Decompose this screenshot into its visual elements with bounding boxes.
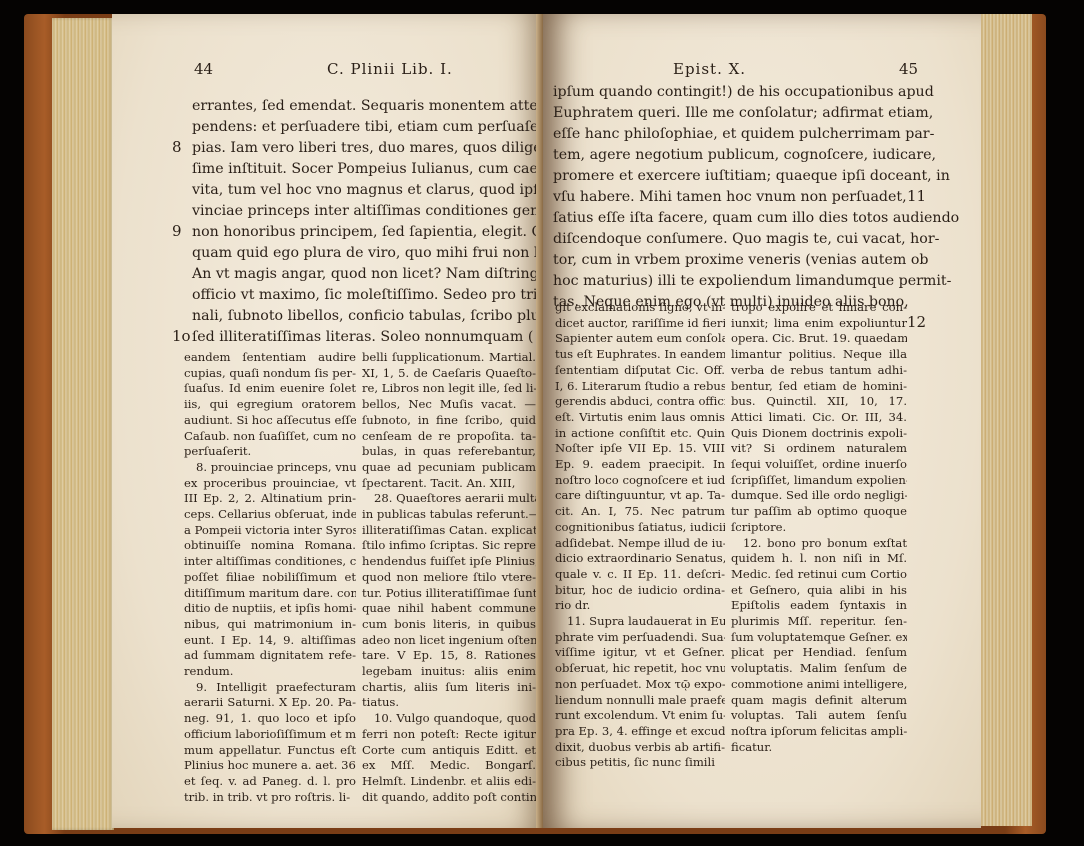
text-line: liendum nonnulli male praefe- xyxy=(555,693,725,709)
text-line: iis, qui egregium oratorem xyxy=(184,397,356,413)
text-line: tur. Potius illiteratiſſimae ſunt, xyxy=(362,586,536,602)
text-line: ex proceribus prouinciae, vt xyxy=(184,476,356,492)
text-line: ad ſummam dignitatem refe- xyxy=(184,648,356,664)
text-line: ficatur. xyxy=(731,740,907,756)
text-line: dixit, duobus verbis ab artifi- xyxy=(555,740,725,756)
text-line: ipſum quando contingit!) de his occupati… xyxy=(553,82,903,103)
text-line: belli ſupplicationum. Martial. xyxy=(362,350,536,366)
text-line: non perſuadet. Mox τῷ expo- xyxy=(555,677,725,693)
text-line: mum appellatur. Functus eſt xyxy=(184,743,356,759)
text-line: commotione animi intelligere, xyxy=(731,677,907,693)
text-line: quod non meliore ſtilo vtere- xyxy=(362,570,536,586)
text-line: cupias, quaſi nondum ſis per- xyxy=(184,366,356,382)
margin-number: 11 xyxy=(907,187,926,205)
text-line: audiunt. Si hoc aſſecutus eſſet xyxy=(184,413,356,429)
text-line: bentur, ſed etiam de homini- xyxy=(731,379,907,395)
text-line: quam magis definit alterum xyxy=(731,693,907,709)
text-line: rio dr. xyxy=(555,598,725,614)
text-line: plicat per Hendiad. ſenſum xyxy=(731,645,907,661)
text-line: chartis, aliis ſum literis ini- xyxy=(362,680,536,696)
text-line: legebam inuitus: aliis enim xyxy=(362,664,536,680)
text-line: Sapienter autem eum conſola- xyxy=(555,331,725,347)
margin-number: 1o xyxy=(172,327,191,345)
text-line: git exclamationis ſigno, vt in- xyxy=(555,300,725,316)
text-line: I, 6. Literarum ſtudio a rebus xyxy=(555,379,725,395)
text-line: perſuaſerit. xyxy=(184,444,356,460)
text-line: ſed illiteratiſſimas literas. Soleo nonn… xyxy=(192,327,542,348)
text-line: runt excolendum. Vt enim ſu- xyxy=(555,708,725,724)
text-line: ſententiam diſputat Cic. Off. xyxy=(555,363,725,379)
text-line: dit quando, addito poſt contin- xyxy=(362,790,536,806)
text-line: eſt. Virtutis enim laus omnis xyxy=(555,410,725,426)
notes-column-2: tropo expolire et limare con-iunxit; lim… xyxy=(731,300,907,755)
text-line: re, Libros non legit ille, ſed li- xyxy=(362,381,536,397)
text-line: ſatius eſſe iſta facere, quam cum illo d… xyxy=(553,208,903,229)
text-line: noſtra ipſorum felicitas ampli- xyxy=(731,724,907,740)
text-line: ditio de nuptiis, et ipſis homi- xyxy=(184,601,356,617)
text-line: vit? Si ordinem naturalem xyxy=(731,441,907,457)
text-line: voluptas. Tali autem ſenſu xyxy=(731,708,907,724)
text-line: non honoribus principem, ſed ſapientia, … xyxy=(192,222,542,243)
text-line: obſeruat, hic repetit, hoc vnum xyxy=(555,661,725,677)
text-line: ſubnoto, in fine ſcribo, quid xyxy=(362,413,536,429)
text-line: Noſter ipſe VII Ep. 15. VIII xyxy=(555,441,725,457)
text-line: cibus petitis, ſic nunc ſimili xyxy=(555,755,725,771)
main-text: ipſum quando contingit!) de his occupati… xyxy=(553,82,903,313)
text-line: An vt magis angar, quod non licet? Nam d… xyxy=(192,264,542,285)
page-number: 44 xyxy=(194,60,213,78)
text-line: voluptatis. Malim ſenſum de xyxy=(731,661,907,677)
margin-number: 12 xyxy=(907,313,926,331)
text-line: aerarii Saturni. X Ep. 20. Pa- xyxy=(184,695,356,711)
text-line: Euphratem queri. Ille me conſolatur; adf… xyxy=(553,103,903,124)
text-line: verba de rebus tantum adhi- xyxy=(731,363,907,379)
text-line: cognitionibus ſatiatus, iudiciis xyxy=(555,520,725,536)
text-line: ſcriptore. xyxy=(731,520,907,536)
text-line: vita, tum vel hoc vno magnus et clarus, … xyxy=(192,180,542,201)
text-line: ex Mſſ. Medic. Bongarſ. xyxy=(362,758,536,774)
text-line: et ſeq. v. ad Paneg. d. l. pro xyxy=(184,774,356,790)
text-line: ditiſſimum maritum dare. con- xyxy=(184,586,356,602)
text-line: pendens: et perſuadere tibi, etiam cum p… xyxy=(192,117,542,138)
text-line: 28. Quaeſtores aerarii multam xyxy=(362,491,536,507)
text-line: bulas, in quas referebantur, xyxy=(362,444,536,460)
running-head: Epist. X. xyxy=(673,60,746,78)
text-line: tor, cum in vrbem proxime veneris (venia… xyxy=(553,250,903,271)
text-line: 8. prouinciae princeps, vnus xyxy=(184,460,356,476)
text-line: Quis Dionem doctrinis expoli- xyxy=(731,426,907,442)
text-line: Helmſt. Lindenbr. et aliis edi- xyxy=(362,774,536,790)
text-line: eandem ſententiam audire xyxy=(184,350,356,366)
notes-column-2: belli ſupplicationum. Martial.XI, 1, 5. … xyxy=(362,350,536,805)
text-line: vinciae princeps inter altiſſimas condit… xyxy=(192,201,542,222)
text-line: 10. Vulgo quandoque, quod xyxy=(362,711,536,727)
text-line: obtinuiſſe nomina Romana. xyxy=(184,538,356,554)
text-line: trib. in trib. vt pro roſtris. li- xyxy=(184,790,356,806)
text-line: bellos, Nec Muſis vacat. — xyxy=(362,397,536,413)
text-line: ſpectarent. Tacit. An. XIII, xyxy=(362,476,536,492)
text-line: diſcendoque conſumere. Quo magis te, cui… xyxy=(553,229,903,250)
text-line: Attici limati. Cic. Or. III, 34. xyxy=(731,410,907,426)
text-line: opera. Cic. Brut. 19. quaedam xyxy=(731,331,907,347)
text-line: poſſet filiae nobiliſſimum et xyxy=(184,570,356,586)
text-line: quae ad pecuniam publicam xyxy=(362,460,536,476)
text-line: Caſaub. non ſuaſiſſet, cum non xyxy=(184,429,356,445)
text-line: Corte cum antiquis Editt. et xyxy=(362,743,536,759)
text-line: iunxit; lima enim expoliuntur xyxy=(731,316,907,332)
text-line: bitur, hoc de iudicio ordina- xyxy=(555,583,725,599)
text-line: Plinius hoc munere a. aet. 36. xyxy=(184,758,356,774)
running-head: C. Plinii Lib. I. xyxy=(327,60,453,78)
text-line: hendendus fuiſſet ipſe Plinius, xyxy=(362,554,536,570)
text-line: inter altiſſimas conditiones, cum xyxy=(184,554,356,570)
text-line: tur paſſim ab optimo quoque xyxy=(731,504,907,520)
text-line: illiteratiſſimas Catan. explicat, xyxy=(362,523,536,539)
text-line: tem, agere negotium publicum, cognoſcere… xyxy=(553,145,903,166)
text-line: vſu habere. Mihi tamen hoc vnum non perſ… xyxy=(553,187,903,208)
text-line: 11. Supra laudauerat in Eu- xyxy=(555,614,725,630)
text-line: errantes, ſed emendat. Sequaris monentem… xyxy=(192,96,542,117)
text-line: pra Ep. 3, 4. effinge et excude xyxy=(555,724,725,740)
notes-column-1: eandem ſententiam audirecupias, quaſi no… xyxy=(184,350,356,805)
text-line: eunt. I Ep. 14, 9. altiſſimas xyxy=(184,633,356,649)
text-line: ſcripſiſſet, limandum expolien- xyxy=(731,473,907,489)
text-line: cum bonis literis, in quibus xyxy=(362,617,536,633)
text-line: rendum. xyxy=(184,664,356,680)
text-line: tropo expolire et limare con- xyxy=(731,300,907,316)
text-line: nali, ſubnoto libellos, conficio tabulas… xyxy=(192,306,542,327)
notes-column-1: git exclamationis ſigno, vt in-dicet auc… xyxy=(555,300,725,771)
text-line: ſuaſus. Id enim euenire ſolet xyxy=(184,381,356,397)
text-line: quam quid ego plura de viro, quo mihi fr… xyxy=(192,243,542,264)
text-line: nibus, qui matrimonium in- xyxy=(184,617,356,633)
text-line: adeo non licet ingenium oſten- xyxy=(362,633,536,649)
text-line: quale v. c. II Ep. 11. deſcri- xyxy=(555,567,725,583)
text-line: plurimis Mſſ. reperitur. ſen- xyxy=(731,614,907,630)
text-line: ſtilo infimo ſcriptas. Sic repre- xyxy=(362,538,536,554)
text-line: 9. Intelligit praefecturam xyxy=(184,680,356,696)
text-line: dicio extraordinario Senatus, xyxy=(555,551,725,567)
text-line: dumque. Sed ille ordo negligi- xyxy=(731,488,907,504)
main-text: errantes, ſed emendat. Sequaris monentem… xyxy=(192,96,542,348)
text-line: tus eſt Euphrates. In eandem xyxy=(555,347,725,363)
left-page: 44 C. Plinii Lib. I. errantes, ſed emend… xyxy=(112,14,542,828)
text-line: quae nihil habent commune xyxy=(362,601,536,617)
text-line: tiatus. xyxy=(362,695,536,711)
text-line: bus. Quinctil. XII, 10, 17. xyxy=(731,394,907,410)
text-line: quidem h. l. non niſi in Mſ. xyxy=(731,551,907,567)
right-page: Epist. X. 45 ipſum quando contingit!) de… xyxy=(543,14,981,828)
page-edges-right xyxy=(980,14,1032,826)
text-line: cenſeam de re propoſita. ta- xyxy=(362,429,536,445)
text-line: et Geſnero, quia alibi in his xyxy=(731,583,907,599)
text-line: Epiſtolis eadem ſyntaxis in xyxy=(731,598,907,614)
text-line: promere et exercere iuſtitiam; quaeque i… xyxy=(553,166,903,187)
text-line: Medic. ſed retinui cum Cortio xyxy=(731,567,907,583)
text-line: tare. V Ep. 15, 8. Rationes xyxy=(362,648,536,664)
text-line: Ep. 9. eadem praecipit. In xyxy=(555,457,725,473)
text-line: XI, 1, 5. de Caeſaris Quaeſto- xyxy=(362,366,536,382)
text-line: ſum voluptatemque Geſner. ex- xyxy=(731,630,907,646)
text-line: III Ep. 2, 2. Altinatium prin- xyxy=(184,491,356,507)
text-line: 12. bono pro bonum exſtat xyxy=(731,536,907,552)
text-line: in publicas tabulas referunt.— xyxy=(362,507,536,523)
text-line: ferri non poteſt: Recte igitur xyxy=(362,727,536,743)
page-number: 45 xyxy=(899,60,918,78)
text-line: cit. An. I, 75. Nec patrum xyxy=(555,504,725,520)
text-line: ſime inſtituit. Socer Pompeius Iulianus,… xyxy=(192,159,542,180)
page-edges-left xyxy=(52,18,114,830)
margin-number: 8 xyxy=(172,138,182,156)
text-line: neg. 91, 1. quo loco et ipſo xyxy=(184,711,356,727)
text-line: ceps. Cellarius obſeruat, inde xyxy=(184,507,356,523)
text-line: in actione conſiſtit etc. Quin xyxy=(555,426,725,442)
margin-number: 9 xyxy=(172,222,182,240)
text-line: limantur politius. Neque illa xyxy=(731,347,907,363)
text-line: viſſime igitur, vt et Geſner. xyxy=(555,645,725,661)
text-line: gerendis abduci, contra officium xyxy=(555,394,725,410)
text-line: phrate vim perſuadendi. Sua- xyxy=(555,630,725,646)
text-line: eſſe hanc philoſophiae, et quidem pulche… xyxy=(553,124,903,145)
text-line: noſtro loco cognoſcere et iudi- xyxy=(555,473,725,489)
text-line: pias. Iam vero liberi tres, duo mares, q… xyxy=(192,138,542,159)
text-line: ſequi voluiſſet, ordine inuerſo xyxy=(731,457,907,473)
text-line: officium laborioſiſſimum et maxi- xyxy=(184,727,356,743)
text-line: officio vt maximo, ſic moleſtiſſimo. Sed… xyxy=(192,285,542,306)
text-line: hoc maturius) illi te expoliendum limand… xyxy=(553,271,903,292)
text-line: dicet auctor, rariſſime id fieri. xyxy=(555,316,725,332)
text-line: adſidebat. Nempe illud de iu- xyxy=(555,536,725,552)
text-line: care diſtinguuntur, vt ap. Ta- xyxy=(555,488,725,504)
text-line: a Pompeii victoria inter Syros xyxy=(184,523,356,539)
